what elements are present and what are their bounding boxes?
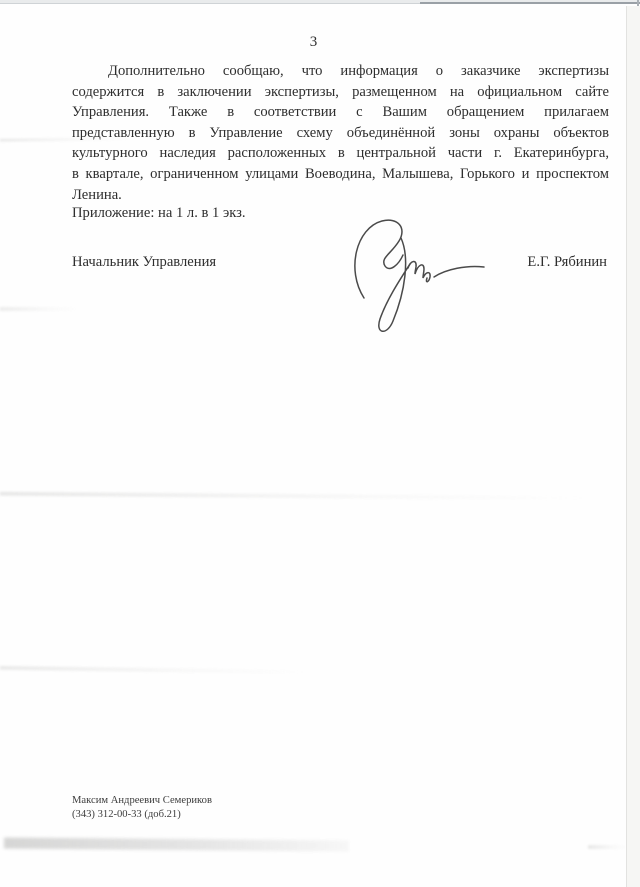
executor-contact: Максим Андреевич Семериков (343) 312-00-… — [72, 794, 212, 821]
scan-streak — [0, 492, 590, 501]
scan-streak — [0, 666, 310, 674]
paragraph-line: культурного наследия расположенных в цен… — [72, 143, 609, 164]
signer-name: Е.Г. Рябинин — [527, 252, 607, 272]
paragraph-line: Дополнительно сообщаю, что информация о … — [72, 61, 609, 82]
scan-smudge — [4, 837, 349, 851]
body-paragraph: Дополнительно сообщаю, что информация о … — [72, 61, 609, 205]
paragraph-line: в квартале, ограниченном улицами Воеводи… — [72, 164, 609, 185]
attachment-note: Приложение: на 1 л. в 1 экз. — [72, 203, 246, 223]
signer-position-title: Начальник Управления — [72, 252, 216, 272]
executor-name: Максим Андреевич Семериков — [72, 794, 212, 808]
scan-top-edge-line-left — [0, 3, 420, 4]
scanned-letter-page: 3 Дополнительно сообщаю, что информация … — [0, 0, 640, 887]
paragraph-line: представленную в Управление схему объеди… — [72, 123, 609, 144]
scan-streak — [588, 845, 628, 849]
scan-top-edge-line-right — [420, 2, 640, 4]
paragraph-line: содержится в заключении экспертизы, разм… — [72, 82, 609, 103]
handwritten-signature-icon — [330, 214, 490, 339]
executor-phone: (343) 312-00-33 (доб.21) — [72, 808, 212, 822]
scan-right-margin — [627, 6, 640, 887]
paragraph-line: Управления. Также в соответствии с Вашим… — [72, 102, 609, 123]
page-number: 3 — [0, 34, 627, 51]
scan-streak — [0, 307, 80, 311]
scan-right-edge-line — [626, 6, 627, 887]
